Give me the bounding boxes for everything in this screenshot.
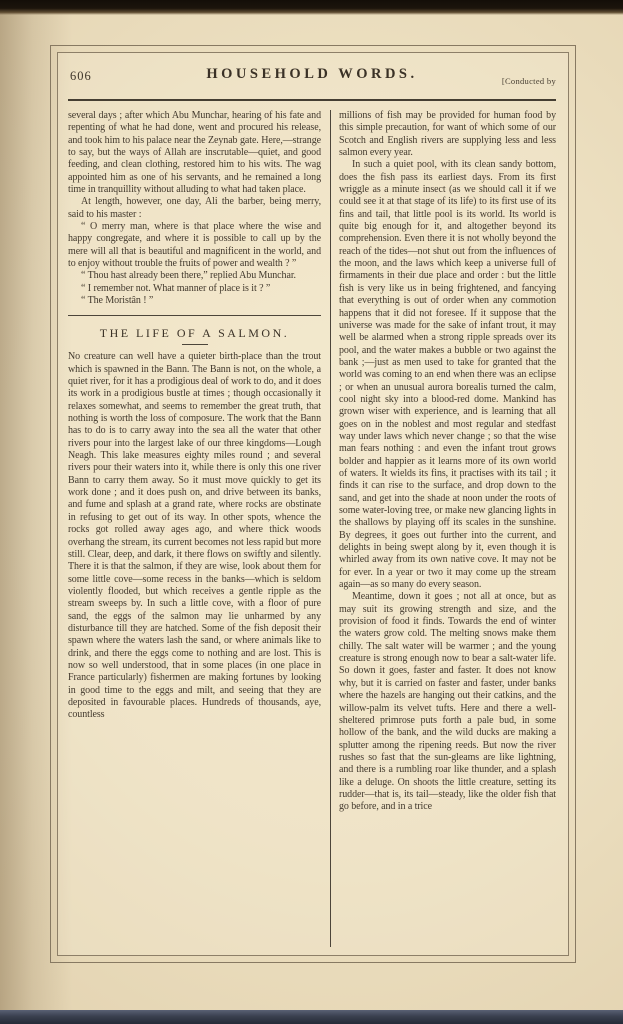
paragraph: millions of fish may be provided for hum… [339, 110, 556, 159]
paragraph: “ The Moristân ! ” [68, 295, 321, 307]
paragraph: “ I remember not. What manner of place i… [68, 283, 321, 295]
article-separator-rule [68, 315, 321, 316]
paragraph: In such a quiet pool, with its clean san… [339, 159, 556, 591]
conducted-by-note: [Conducted by [68, 76, 556, 86]
left-column: several days ; after which Abu Munchar, … [68, 110, 321, 950]
paragraph: “ O merry man, where is that place where… [68, 221, 321, 270]
paragraph: Meantime, down it goes ; not all at once… [339, 591, 556, 813]
article-heading: THE LIFE OF A SALMON. [68, 327, 321, 339]
header-rule [68, 99, 556, 101]
paragraph: No creature can well have a quieter birt… [68, 351, 321, 721]
heading-rule [182, 344, 208, 346]
scanned-page: 606 HOUSEHOLD WORDS. [Conducted by sever… [0, 0, 623, 1024]
paragraph: “ Thou hast already been there,” replied… [68, 270, 321, 282]
paragraph: At length, however, one day, Ali the bar… [68, 196, 321, 221]
scan-edge-top [0, 0, 623, 15]
right-column: millions of fish may be provided for hum… [339, 110, 556, 950]
column-divider-rule [330, 110, 331, 947]
paragraph: several days ; after which Abu Munchar, … [68, 110, 321, 196]
scan-edge-bottom [0, 1010, 623, 1024]
